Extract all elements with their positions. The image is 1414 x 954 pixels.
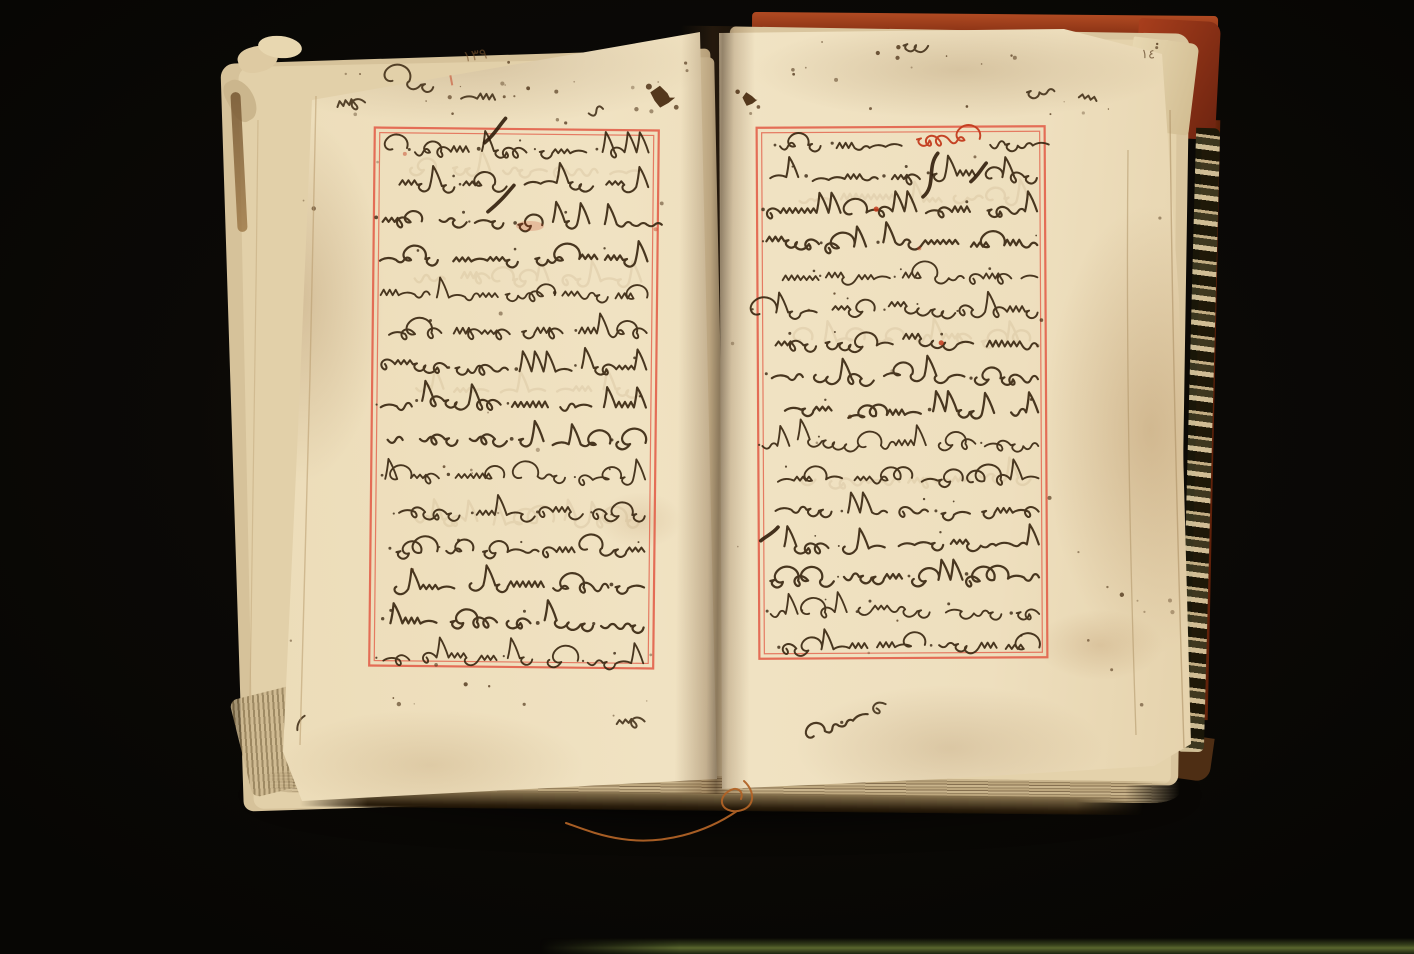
manuscript-artwork: ١٣٩١٤ [0, 0, 1414, 954]
foliation-left: ١٣٩ [462, 44, 489, 66]
under-page-edge-line [250, 120, 258, 700]
catchword-dot [840, 721, 843, 724]
page-crease-line [1127, 150, 1136, 735]
right-frame-inner [762, 131, 1043, 653]
right-page-content [729, 39, 1175, 740]
foliation-right: ١٤ [1141, 47, 1155, 62]
under-page-edge-line [300, 96, 316, 745]
manuscript-photograph: ١٣٩١٤ [0, 0, 1414, 954]
left-page-content [289, 57, 689, 734]
page-crease-line [1170, 110, 1184, 748]
binding-thread [566, 781, 752, 841]
